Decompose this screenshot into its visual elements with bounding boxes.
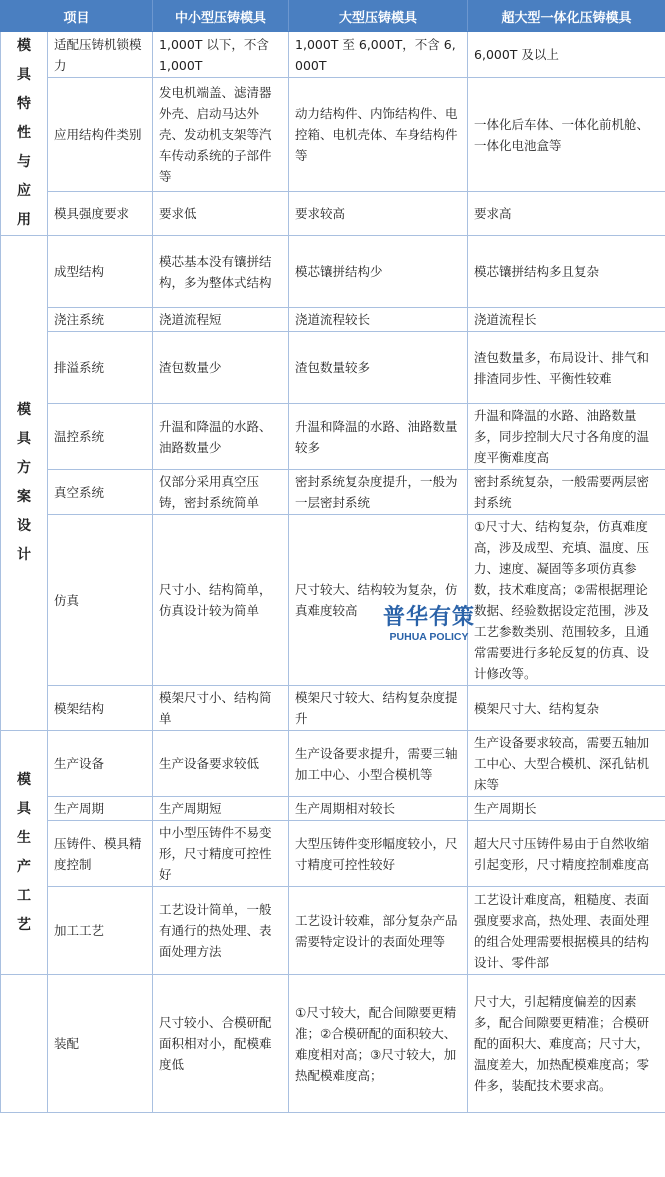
small-medium-cell: 生产周期短	[153, 797, 289, 821]
row-item-cell: 成型结构	[48, 236, 153, 308]
section-label-char: 计	[1, 541, 47, 570]
extra-large-cell: 升温和降温的水路、油路数量多，同步控制大尺寸各角度的温度平衡难度高	[468, 404, 665, 470]
small-medium-cell: 渣包数量少	[153, 332, 289, 404]
section-label-char: 具	[1, 425, 47, 454]
large-cell: 模芯镶拼结构少	[289, 236, 468, 308]
small-medium-cell: 模架尺寸小、结构简单	[153, 686, 289, 731]
table-row: 模具特性与应用适配压铸机锁模力1,000T 以下，不含 1,000T1,000T…	[1, 32, 665, 78]
section-label-char: 模	[1, 32, 47, 61]
row-item-cell: 真空系统	[48, 470, 153, 515]
small-medium-cell: 尺寸较小、合模研配面积相对小，配模难度低	[153, 975, 289, 1113]
extra-large-cell: 模芯镶拼结构多且复杂	[468, 236, 665, 308]
small-medium-cell: 生产设备要求较低	[153, 731, 289, 797]
row-item-cell: 仿真	[48, 515, 153, 686]
header-item: 项目	[1, 1, 153, 32]
row-item-cell: 生产周期	[48, 797, 153, 821]
section-label-char: 案	[1, 483, 47, 512]
section-label-char: 具	[1, 61, 47, 90]
small-medium-cell: 工艺设计简单，一般有通行的热处理、表面处理方法	[153, 887, 289, 975]
large-cell: 生产设备要求提升，需要三轴加工中心、小型合模机等	[289, 731, 468, 797]
table-row: 模架结构模架尺寸小、结构简单模架尺寸较大、结构复杂度提升模架尺寸大、结构复杂	[1, 686, 665, 731]
large-cell: 1,000T 至 6,000T，不含 6,000T	[289, 32, 468, 78]
table-row: 加工工艺工艺设计简单，一般有通行的热处理、表面处理方法工艺设计较难，部分复杂产品…	[1, 887, 665, 975]
table-row: 排溢系统渣包数量少渣包数量较多渣包数量多，布局设计、排气和排渣同步性、平衡性较难	[1, 332, 665, 404]
row-item-cell: 应用结构件类别	[48, 78, 153, 191]
large-cell: 升温和降温的水路、油路数量较多	[289, 404, 468, 470]
row-item-cell: 温控系统	[48, 404, 153, 470]
large-cell: 生产周期相对较长	[289, 797, 468, 821]
table-row: 模具生产工艺生产设备生产设备要求较低生产设备要求提升，需要三轴加工中心、小型合模…	[1, 731, 665, 797]
row-item-cell: 装配	[48, 975, 153, 1113]
row-item-cell: 模架结构	[48, 686, 153, 731]
row-item-cell: 排溢系统	[48, 332, 153, 404]
row-item-cell: 加工工艺	[48, 887, 153, 975]
small-medium-cell: 升温和降温的水路、油路数量少	[153, 404, 289, 470]
large-cell: 要求较高	[289, 191, 468, 235]
extra-large-cell: 模架尺寸大、结构复杂	[468, 686, 665, 731]
large-cell: 大型压铸件变形幅度较小，尺寸精度可控性较好	[289, 821, 468, 887]
extra-large-cell: 密封系统复杂，一般需要两层密封系统	[468, 470, 665, 515]
extra-large-cell: 尺寸大，引起精度偏差的因素多，配合间隙要更精准；合模研配的面积大、难度高；尺寸大…	[468, 975, 665, 1113]
header-row: 项目 中小型压铸模具 大型压铸模具 超大型一体化压铸模具	[1, 1, 665, 32]
extra-large-cell: ①尺寸大、结构复杂，仿真难度高，涉及成型、充填、温度、压力、速度、凝固等多项仿真…	[468, 515, 665, 686]
section-label-char: 性	[1, 119, 47, 148]
extra-large-cell: 工艺设计难度高，粗糙度、表面强度要求高，热处理、表面处理的组合处理需要根据模具的…	[468, 887, 665, 975]
small-medium-cell: 浇道流程短	[153, 308, 289, 332]
small-medium-cell: 尺寸小、结构简单，仿真设计较为简单	[153, 515, 289, 686]
die-casting-mold-comparison-table: 项目 中小型压铸模具 大型压铸模具 超大型一体化压铸模具 模具特性与应用适配压铸…	[0, 0, 665, 1113]
large-cell: ①尺寸较大，配合间隙要更精准；②合模研配的面积较大、难度相对高；③尺寸较大，加热…	[289, 975, 468, 1113]
table-row: 模具方案设计成型结构模芯基本没有镶拼结构，多为整体式结构模芯镶拼结构少模芯镶拼结…	[1, 236, 665, 308]
small-medium-cell: 发电机端盖、滤清器外壳、启动马达外壳、发动机支架等汽车传动系统的子部件等	[153, 78, 289, 191]
row-item-cell: 压铸件、模具精度控制	[48, 821, 153, 887]
large-cell: 渣包数量较多	[289, 332, 468, 404]
header-extra-large-integrated-mold: 超大型一体化压铸模具	[468, 1, 665, 32]
section-label-char: 具	[1, 795, 47, 824]
row-item-cell: 适配压铸机锁模力	[48, 32, 153, 78]
section-label-char: 产	[1, 853, 47, 882]
section-label: 模具生产工艺	[1, 731, 48, 975]
large-cell: 浇道流程较长	[289, 308, 468, 332]
table-row: 应用结构件类别发电机端盖、滤清器外壳、启动马达外壳、发动机支架等汽车传动系统的子…	[1, 78, 665, 191]
large-cell: 工艺设计较难，部分复杂产品需要特定设计的表面处理等	[289, 887, 468, 975]
extra-large-cell: 生产周期长	[468, 797, 665, 821]
section-label-char: 艺	[1, 911, 47, 940]
extra-large-cell: 生产设备要求较高，需要五轴加工中心、大型合模机、深孔钻机床等	[468, 731, 665, 797]
section-label-char: 模	[1, 766, 47, 795]
header-large-mold: 大型压铸模具	[289, 1, 468, 32]
section-label-char: 与	[1, 148, 47, 177]
section-label	[1, 975, 48, 1113]
extra-large-cell: 渣包数量多，布局设计、排气和排渣同步性、平衡性较难	[468, 332, 665, 404]
table-row: 仿真尺寸小、结构简单，仿真设计较为简单尺寸较大、结构较为复杂，仿真难度较高①尺寸…	[1, 515, 665, 686]
large-cell: 模架尺寸较大、结构复杂度提升	[289, 686, 468, 731]
large-cell: 尺寸较大、结构较为复杂，仿真难度较高	[289, 515, 468, 686]
small-medium-cell: 1,000T 以下，不含 1,000T	[153, 32, 289, 78]
small-medium-cell: 仅部分采用真空压铸，密封系统简单	[153, 470, 289, 515]
section-label-char: 设	[1, 512, 47, 541]
section-label-char: 特	[1, 90, 47, 119]
row-item-cell: 模具强度要求	[48, 191, 153, 235]
table-row: 生产周期生产周期短生产周期相对较长生产周期长	[1, 797, 665, 821]
small-medium-cell: 中小型压铸件不易变形，尺寸精度可控性好	[153, 821, 289, 887]
table-row: 浇注系统浇道流程短浇道流程较长浇道流程长	[1, 308, 665, 332]
small-medium-cell: 模芯基本没有镶拼结构，多为整体式结构	[153, 236, 289, 308]
row-item-cell: 浇注系统	[48, 308, 153, 332]
section-label-char: 方	[1, 454, 47, 483]
table-row: 真空系统仅部分采用真空压铸，密封系统简单密封系统复杂度提升，一般为一层密封系统密…	[1, 470, 665, 515]
section-label-char: 应	[1, 177, 47, 206]
table-row: 模具强度要求要求低要求较高要求高	[1, 191, 665, 235]
header-small-medium-mold: 中小型压铸模具	[153, 1, 289, 32]
extra-large-cell: 6,000T 及以上	[468, 32, 665, 78]
section-label-char: 用	[1, 206, 47, 235]
extra-large-cell: 要求高	[468, 191, 665, 235]
section-label: 模具特性与应用	[1, 32, 48, 236]
large-cell: 密封系统复杂度提升，一般为一层密封系统	[289, 470, 468, 515]
small-medium-cell: 要求低	[153, 191, 289, 235]
extra-large-cell: 浇道流程长	[468, 308, 665, 332]
table-row: 压铸件、模具精度控制中小型压铸件不易变形，尺寸精度可控性好大型压铸件变形幅度较小…	[1, 821, 665, 887]
extra-large-cell: 一体化后车体、一体化前机舱、一体化电池盒等	[468, 78, 665, 191]
extra-large-cell: 超大尺寸压铸件易由于自然收缩引起变形，尺寸精度控制难度高	[468, 821, 665, 887]
section-label-char: 模	[1, 396, 47, 425]
large-cell: 动力结构件、内饰结构件、电控箱、电机壳体、车身结构件等	[289, 78, 468, 191]
section-label-char: 生	[1, 824, 47, 853]
section-label: 模具方案设计	[1, 236, 48, 731]
row-item-cell: 生产设备	[48, 731, 153, 797]
table-row: 温控系统升温和降温的水路、油路数量少升温和降温的水路、油路数量较多升温和降温的水…	[1, 404, 665, 470]
table-row: 装配尺寸较小、合模研配面积相对小，配模难度低①尺寸较大，配合间隙要更精准；②合模…	[1, 975, 665, 1113]
section-label-char: 工	[1, 882, 47, 911]
